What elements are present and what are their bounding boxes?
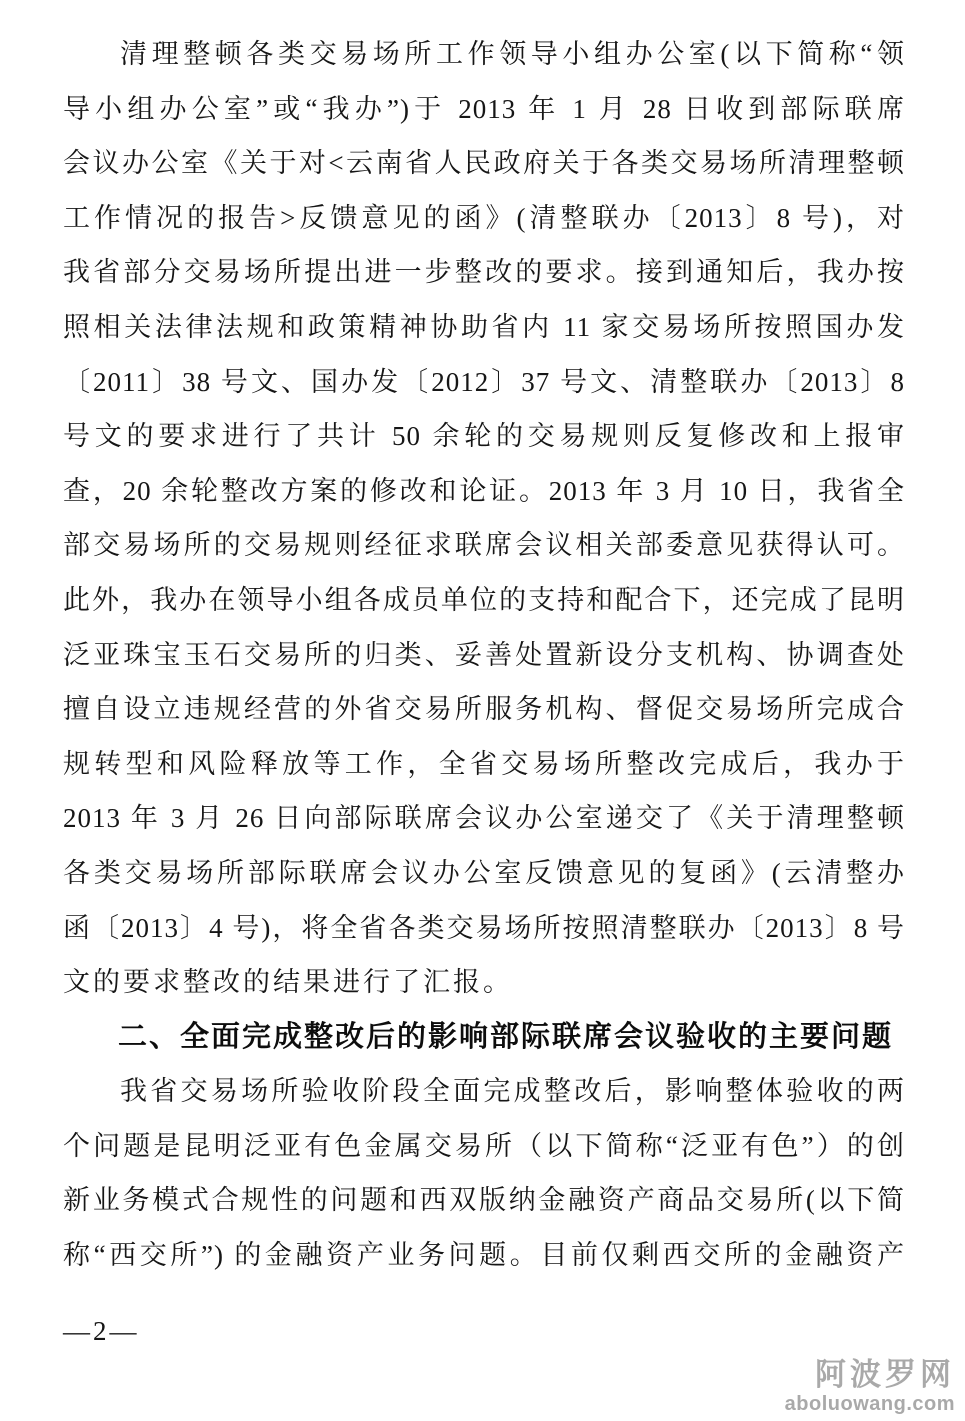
page-number: —2— bbox=[63, 1316, 140, 1346]
body-line: 新业务模式合规性的问题和西双版纳金融资产商品交易所(以下简 bbox=[63, 1173, 905, 1228]
body-line: 函〔2013〕4 号)，将全省各类交易场所按照清整联办〔2013〕8 号 bbox=[63, 901, 905, 956]
body-line: 称“西交所”) 的金融资产业务问题。目前仅剩西交所的金融资产 bbox=[63, 1228, 905, 1283]
body-line: 个问题是昆明泛亚有色金属交易所（以下简称“泛亚有色”）的创 bbox=[63, 1119, 905, 1174]
body-line: 文的要求整改的结果进行了汇报。 bbox=[63, 955, 905, 1010]
body-line: 〔2011〕38 号文、国办发〔2012〕37 号文、清整联办〔2013〕8 bbox=[63, 355, 905, 410]
body-line: 规转型和风险释放等工作，全省交易场所整改完成后，我办于 bbox=[63, 737, 905, 792]
body-line: 会议办公室《关于对<云南省人民政府关于各类交易场所清理整顿 bbox=[63, 136, 905, 191]
watermark-site-name: 阿波罗网 bbox=[785, 1358, 955, 1393]
body-line: 各类交易场所部际联席会议办公室反馈意见的复函》(云清整办 bbox=[63, 846, 905, 901]
watermark-site-url: aboluowang.com bbox=[785, 1393, 955, 1415]
document-page: 清理整顿各类交易场所工作领导小组办公室(以下简称“领 导小组办公室”或“我办”)… bbox=[0, 0, 965, 1421]
body-line: 擅自设立违规经营的外省交易所服务机构、督促交易场所完成合 bbox=[63, 682, 905, 737]
section-heading: 二、全面完成整改后的影响部际联席会议验收的主要问题 bbox=[63, 1010, 905, 1065]
body-line: 我省交易场所验收阶段全面完成整改后，影响整体验收的两 bbox=[63, 1064, 905, 1119]
document-body: 清理整顿各类交易场所工作领导小组办公室(以下简称“领 导小组办公室”或“我办”)… bbox=[63, 27, 905, 1283]
body-line: 号文的要求进行了共计 50 余轮的交易规则反复修改和上报审 bbox=[63, 409, 905, 464]
body-line: 部交易场所的交易规则经征求联席会议相关部委意见获得认可。 bbox=[63, 518, 905, 573]
body-line: 我省部分交易场所提出进一步整改的要求。接到通知后，我办按 bbox=[63, 245, 905, 300]
body-line: 泛亚珠宝玉石交易所的归类、妥善处置新设分支机构、协调查处 bbox=[63, 628, 905, 683]
body-line: 照相关法律法规和政策精神协助省内 11 家交易场所按照国办发 bbox=[63, 300, 905, 355]
body-line: 2013 年 3 月 26 日向部际联席会议办公室递交了《关于清理整顿 bbox=[63, 791, 905, 846]
body-line: 清理整顿各类交易场所工作领导小组办公室(以下简称“领 bbox=[63, 27, 905, 82]
page-footer: —2— bbox=[63, 1316, 140, 1347]
body-line: 此外，我办在领导小组各成员单位的支持和配合下，还完成了昆明 bbox=[63, 573, 905, 628]
body-line: 导小组办公室”或“我办”)于 2013 年 1 月 28 日收到部际联席 bbox=[63, 82, 905, 137]
watermark: 阿波罗网 aboluowang.com bbox=[785, 1358, 955, 1415]
body-line: 查，20 余轮整改方案的修改和论证。2013 年 3 月 10 日，我省全 bbox=[63, 464, 905, 519]
body-line: 工作情况的报告>反馈意见的函》(清整联办〔2013〕8 号)，对 bbox=[63, 191, 905, 246]
